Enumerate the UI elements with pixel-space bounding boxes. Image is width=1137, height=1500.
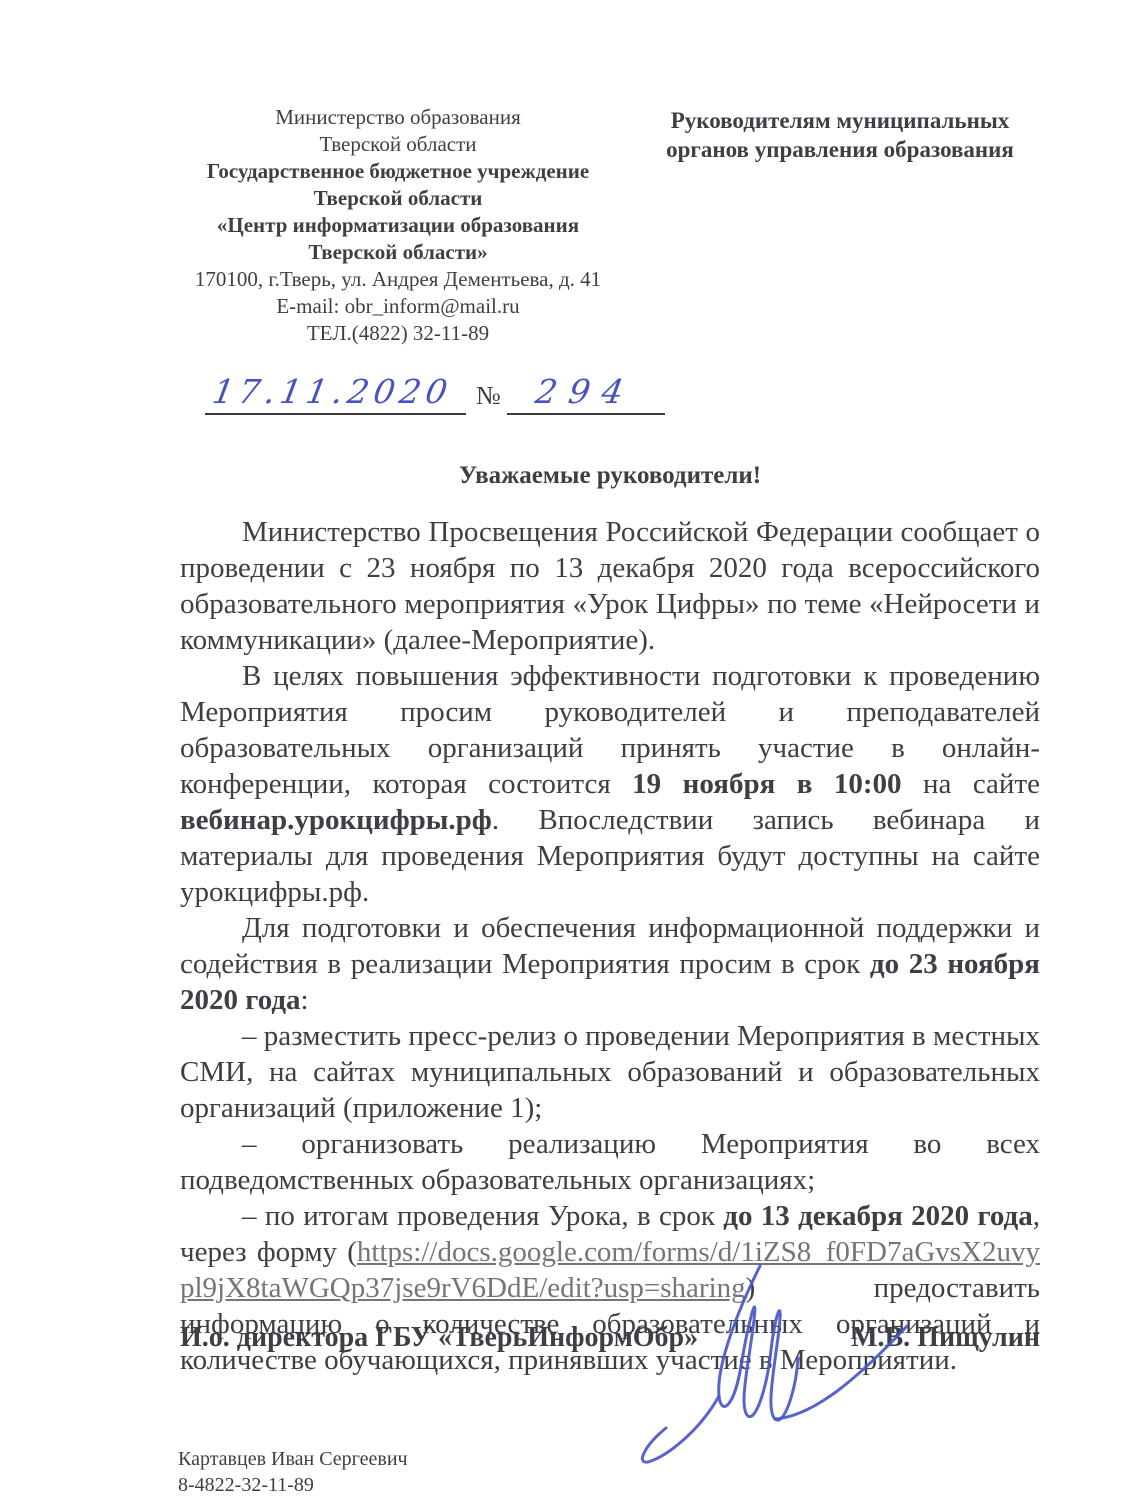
sender-letterhead: Министерство образования Тверской област… xyxy=(180,104,616,347)
signature-row: И.о. директора ГБУ «ТверьИнформОбр» М.В.… xyxy=(180,1322,1040,1354)
sender-line: «Центр информатизации образования xyxy=(180,212,616,239)
letter-body: Министерство Просвещения Российской Феде… xyxy=(180,514,1040,1378)
executor-phone: 8-4822-32-11-89 xyxy=(178,1472,408,1498)
handwritten-date: 17.11.2020 xyxy=(210,372,456,411)
executor-block: Картавцев Иван Сергеевич 8-4822-32-11-89 xyxy=(178,1446,408,1498)
reference-line: 17.11.2020 № 294 xyxy=(205,372,685,415)
sender-email: E-mail: obr_inform@mail.ru xyxy=(180,293,616,320)
paragraph-intro: Министерство Просвещения Российской Феде… xyxy=(180,514,1040,658)
paragraph-webinar: В целях повышения эффективности подготов… xyxy=(180,658,1040,910)
list-item-organize: – организовать реализацию Мероприятия во… xyxy=(180,1126,1040,1198)
handwritten-number: 294 xyxy=(533,372,639,411)
sender-line: Государственное бюджетное учреждение xyxy=(180,158,616,185)
executor-name: Картавцев Иван Сергеевич xyxy=(178,1446,408,1472)
recipient-block: Руководителям муниципальных органов упра… xyxy=(640,106,1040,164)
sender-line: Тверской области xyxy=(180,185,616,212)
scanned-letter-page: Министерство образования Тверской област… xyxy=(0,0,1137,1500)
paragraph-deadline: Для подготовки и обеспечения информацион… xyxy=(180,910,1040,1018)
sender-line: Тверской области» xyxy=(180,239,616,266)
signer-name: М.В. Пищулин xyxy=(851,1322,1040,1354)
salutation: Уважаемые руководители! xyxy=(180,462,1040,490)
handwritten-date-field: 17.11.2020 xyxy=(205,372,466,415)
sender-line: Тверской области xyxy=(180,131,616,158)
signer-position-title: И.о. директора ГБУ «ТверьИнформОбр» xyxy=(180,1322,698,1354)
handwritten-number-field: 294 xyxy=(507,372,665,415)
number-sign: № xyxy=(466,381,507,415)
sender-address: 170100, г.Тверь, ул. Андрея Дементьева, … xyxy=(180,266,616,293)
sender-phone: ТЕЛ.(4822) 32-11-89 xyxy=(180,320,616,347)
list-item-press-release: – разместить пресс-релиз о проведении Ме… xyxy=(180,1018,1040,1126)
sender-line: Министерство образования xyxy=(180,104,616,131)
